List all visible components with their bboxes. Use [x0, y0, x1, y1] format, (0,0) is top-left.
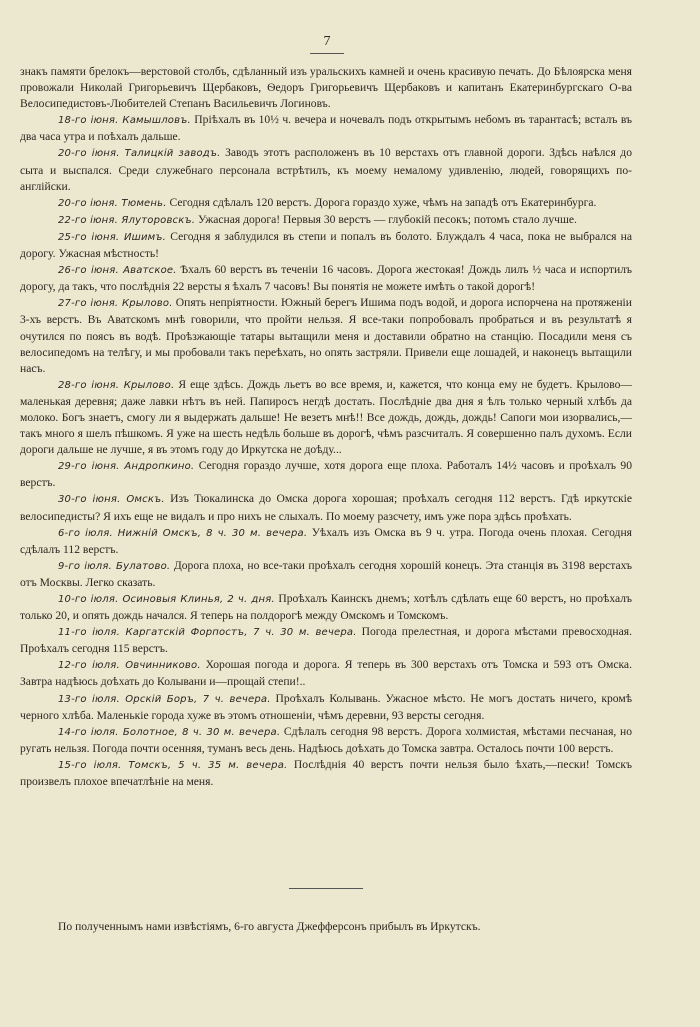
entry-date-place: 18-го іюня. Камышловъ.	[58, 115, 191, 126]
page-number: 7	[312, 34, 342, 50]
diary-entry: 20-го іюня. Тюмень. Сегодня сдѣлалъ 120 …	[20, 195, 632, 212]
entry-date-place: 27-го іюня. Крылово.	[58, 298, 173, 309]
entry-date-place: 13-го іюля. Орскій Боръ, 7 ч. вечера.	[58, 694, 271, 705]
entry-date-place: 15-го іюля. Томскъ, 5 ч. 35 м. вечера.	[58, 760, 287, 771]
entry-date-place: 29-го іюня. Андропкино.	[58, 461, 194, 472]
entry-date-place: 22-го іюня. Ялуторовскъ.	[58, 215, 195, 226]
entry-text: Сегодня сдѣлалъ 120 верстъ. Дорога гораз…	[167, 196, 597, 209]
diary-entry: 11-го іюля. Каргатскій Форпостъ, 7 ч. 30…	[20, 624, 632, 657]
diary-entry: 22-го іюня. Ялуторовскъ. Ужасная дорога!…	[20, 212, 632, 229]
entry-date-place: 9-го іюля. Булатово.	[58, 561, 170, 572]
entry-date-place: 20-го іюня. Талицкій заводъ.	[58, 148, 221, 159]
diary-body: знакъ памяти брелокъ—верстовой столбъ, с…	[20, 64, 632, 790]
diary-entry: 9-го іюля. Булатово. Дорога плоха, но вс…	[20, 558, 632, 591]
entry-text: Ужасная дорога! Первыя 30 верстъ — глубо…	[195, 213, 577, 226]
footer-note: По полученнымъ нами извѣстіямъ, 6-го авг…	[20, 920, 632, 933]
entry-date-place: 25-го іюня. Ишимъ.	[58, 232, 166, 243]
entry-date-place: 11-го іюля. Каргатскій Форпостъ, 7 ч. 30…	[58, 627, 357, 638]
diary-entry: 13-го іюля. Орскій Боръ, 7 ч. вечера. Пр…	[20, 691, 632, 724]
diary-entry: 27-го іюня. Крылово. Опять непріятности.…	[20, 295, 632, 376]
diary-entry: 30-го іюня. Омскъ. Изъ Тюкалинска до Омс…	[20, 491, 632, 524]
diary-entry: 10-го іюля. Осиновыя Клинья, 2 ч. дня. П…	[20, 591, 632, 624]
section-divider	[289, 888, 363, 889]
intro-paragraph: знакъ памяти брелокъ—верстовой столбъ, с…	[20, 64, 632, 112]
entry-date-place: 28-го іюня. Крылово.	[58, 380, 174, 391]
entry-date-place: 6-го іюля. Нижній Омскъ, 8 ч. 30 м. вече…	[58, 528, 307, 539]
entry-date-place: 20-го іюня. Тюмень.	[58, 198, 167, 209]
entry-date-place: 14-го іюля. Болотное, 8 ч. 30 м. вечера.	[58, 727, 280, 738]
page-number-underline	[310, 53, 344, 54]
document-page: 7 знакъ памяти брелокъ—верстовой столбъ,…	[0, 0, 700, 1027]
diary-entry: 12-го іюля. Овчинниково. Хорошая погода …	[20, 657, 632, 690]
diary-entry: 26-го іюня. Аватское. Ѣхалъ 60 верстъ въ…	[20, 262, 632, 295]
diary-entries: 18-го іюня. Камышловъ. Пріѣхалъ въ 10½ ч…	[20, 112, 632, 790]
diary-entry: 18-го іюня. Камышловъ. Пріѣхалъ въ 10½ ч…	[20, 112, 632, 145]
diary-entry: 15-го іюля. Томскъ, 5 ч. 35 м. вечера. П…	[20, 757, 632, 790]
diary-entry: 28-го іюня. Крылово. Я еще здѣсь. Дождь …	[20, 377, 632, 458]
diary-entry: 20-го іюня. Талицкій заводъ. Заводъ этот…	[20, 145, 632, 194]
diary-entry: 25-го іюня. Ишимъ. Сегодня я заблудился …	[20, 229, 632, 262]
entry-date-place: 30-го іюня. Омскъ.	[58, 494, 165, 505]
diary-entry: 14-го іюля. Болотное, 8 ч. 30 м. вечера.…	[20, 724, 632, 757]
diary-entry: 6-го іюля. Нижній Омскъ, 8 ч. 30 м. вече…	[20, 525, 632, 558]
entry-date-place: 26-го іюня. Аватское.	[58, 265, 177, 276]
entry-date-place: 12-го іюля. Овчинниково.	[58, 660, 201, 671]
diary-entry: 29-го іюня. Андропкино. Сегодня гораздо …	[20, 458, 632, 491]
entry-date-place: 10-го іюля. Осиновыя Клинья, 2 ч. дня.	[58, 594, 275, 605]
